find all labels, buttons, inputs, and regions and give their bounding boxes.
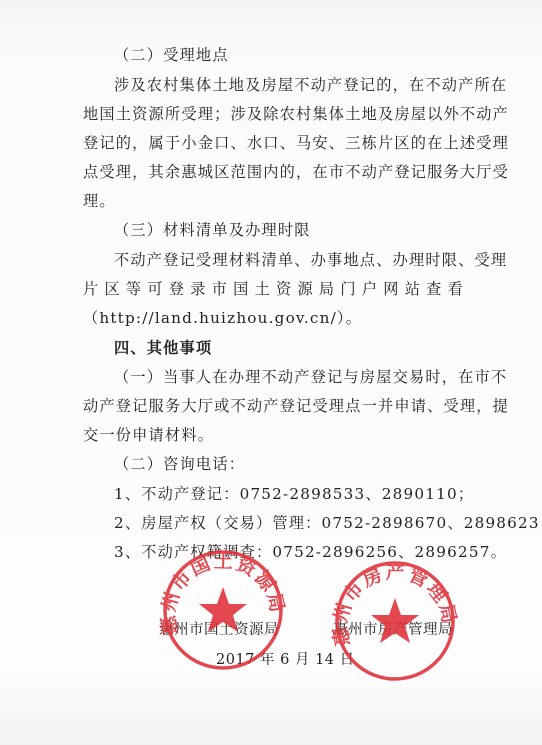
document-line: 点受理，其余惠城区范围内的，在市不动产登记服务大厅受	[83, 162, 464, 182]
document-line: 1、不动产登记：0752-2898533、2890110；	[114, 484, 464, 504]
document-line: （二）咨询电话：	[114, 454, 464, 474]
document-line: 片区等可登录市国土资源局门户网站查看	[83, 279, 464, 299]
document-line: （三）材料清单及办理时限	[114, 220, 464, 240]
document-line: （http://land.huizhou.gov.cn/）。	[83, 308, 464, 328]
star-icon	[199, 587, 247, 632]
stamp-land-resources-bureau: 惠州市国土资源局	[158, 545, 288, 675]
document-line: 交一份申请材料。	[83, 425, 464, 445]
document-line: 涉及农村集体土地及房屋不动产登记的，在不动产所在	[114, 75, 464, 95]
document-line: 登记的，属于小金口、水口、马安、三栋片区的在上述受理	[83, 133, 464, 153]
document-line: 2、房屋产权（交易）管理：0752-2898670、2898623；	[114, 513, 464, 533]
document-page: （二）受理地点涉及农村集体土地及房屋不动产登记的，在不动产所在地国土资源所受理；…	[0, 0, 542, 745]
document-line: （一）当事人在办理不动产登记与房屋交易时，在市不	[114, 367, 464, 387]
document-line: 不动产登记受理材料清单、办事地点、办理时限、受理	[114, 250, 464, 270]
stamp-housing-bureau: 惠州市房产管理局	[330, 556, 460, 686]
document-line: 四、其他事项	[114, 338, 464, 358]
document-line: 动产登记服务大厅或不动产登记受理点一并申请、受理，提	[83, 396, 464, 416]
star-icon	[371, 598, 419, 643]
document-line: 理。	[83, 191, 464, 211]
document-line: 地国土资源所受理；涉及除农村集体土地及房屋以外不动产	[83, 104, 464, 124]
document-line: （二）受理地点	[114, 45, 464, 65]
